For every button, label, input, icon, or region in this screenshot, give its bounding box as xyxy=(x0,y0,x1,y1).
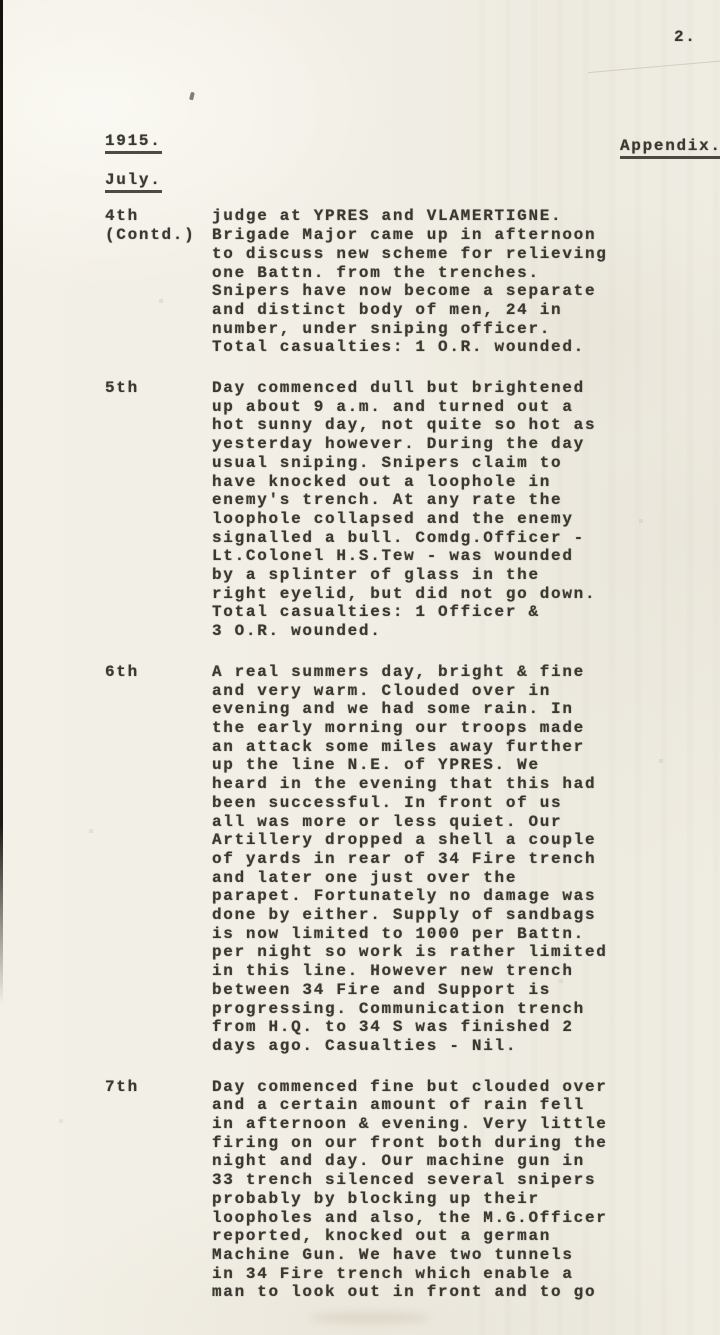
entry-text: Day commenced dull but brightened up abo… xyxy=(212,379,642,641)
diary-entry-4th: 4th (Contd.) judge at YPRES and VLAMERTI… xyxy=(105,207,720,357)
year-label: 1915. xyxy=(105,132,162,154)
diary-entry-5th: 5th Day commenced dull but brightened up… xyxy=(105,379,720,641)
entry-date-column: 7th xyxy=(105,1078,212,1302)
entry-date: 6th xyxy=(105,663,212,682)
diary-entry-7th: 7th Day commenced fine but clouded over … xyxy=(105,1078,720,1302)
entry-text: A real summers day, bright & fine and ve… xyxy=(212,663,642,1056)
entry-date: 5th xyxy=(105,379,212,398)
entry-date-contd: (Contd.) xyxy=(105,226,212,245)
diary-entry-6th: 6th A real summers day, bright & fine an… xyxy=(105,663,720,1056)
year-heading: 1915. xyxy=(105,132,720,151)
entry-date: 4th xyxy=(105,207,212,226)
document-page: 2. Appendix. 1915. July. 4th (Contd.) ju… xyxy=(0,0,720,1335)
entry-date-column: 6th xyxy=(105,663,212,1056)
entry-text: Day commenced fine but clouded over and … xyxy=(212,1078,642,1302)
paper-dust xyxy=(0,0,2,2)
month-label: July. xyxy=(105,171,162,193)
scan-edge-artifact xyxy=(0,0,3,1005)
diary-content: 1915. July. 4th (Contd.) judge at YPRES … xyxy=(105,0,720,1324)
entry-date-column: 5th xyxy=(105,379,212,641)
month-heading: July. xyxy=(105,171,720,190)
entry-date-column: 4th (Contd.) xyxy=(105,207,212,357)
entry-text: judge at YPRES and VLAMERTIGNE. Brigade … xyxy=(212,207,642,357)
entry-date: 7th xyxy=(105,1078,212,1097)
